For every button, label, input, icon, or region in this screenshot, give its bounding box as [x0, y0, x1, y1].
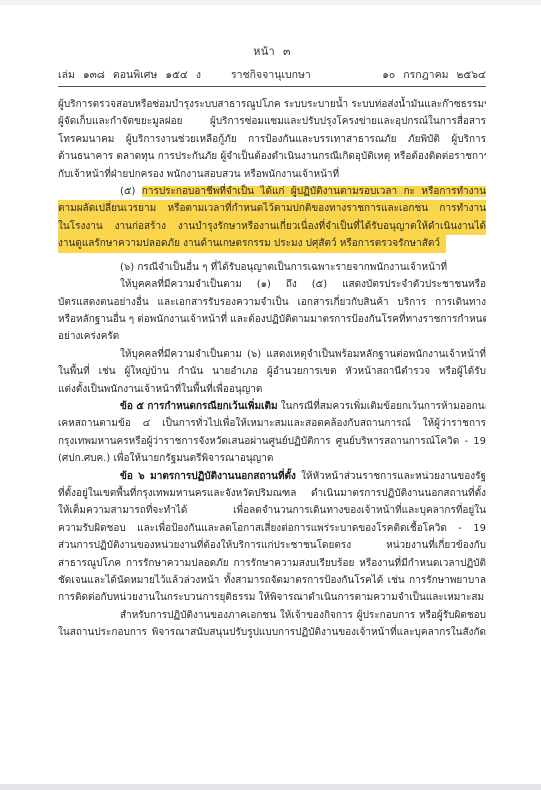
highlighted-paragraph-line: (๕) การประกอบอาชีพที่จำเป็น ได้แก่ ผู้ปฏ… [58, 183, 486, 200]
text-line: สาธารณูปโภค การรักษาความปลอดภัย การรักษา… [58, 555, 486, 572]
publication-name: ราชกิจจานุเบกษา [231, 66, 311, 83]
text-line: หรือหลักฐานอื่น ๆ ต่อพนักงานเจ้าหน้าที่ … [58, 311, 486, 328]
text-line: (ศปก.ศบค.) เพื่อให้นายกรัฐมนตรีพิจารณาอน… [58, 450, 486, 467]
text-line: การติดต่อกับหน่วยงานในกระบวนการยุติธรรม … [58, 589, 486, 606]
item-number: (๕) [120, 186, 135, 197]
header-rule [58, 86, 486, 87]
text-line: ในพื้นที่ เช่น ผู้ใหญ่บ้าน กำนัน นายอำเภ… [58, 363, 486, 380]
text-line: เคหสถานตามข้อ ๔ เป็นการทั่วไปเพื่อให้เหม… [58, 415, 486, 432]
viewer-bottom-edge [0, 784, 541, 790]
date-day: ๑๐ [382, 69, 395, 81]
clause-5-line: ข้อ ๕ การกำหนดกรณียกเว้นเพิ่มเติม ในกรณี… [58, 398, 486, 415]
page-number-value: ๓ [283, 45, 291, 58]
text-span: ในกรณีที่สมควรเพิ่มเติมข้อยกเว้นการห้ามอ… [278, 401, 486, 412]
viewer-top-edge [0, 0, 541, 5]
text-line: ความรับผิดชอบ และเพื่อป้องกันและลดโอกาสเ… [58, 520, 486, 537]
text-line: ด้านธนาคาร ตลาดทุน การประกันภัย ผู้จำเป็… [58, 148, 486, 165]
clause-6-line: ข้อ ๖ มาตรการปฏิบัติงานนอกสถานที่ตั้ง ให… [58, 468, 486, 485]
text-line: ผู้บริการตรวจสอบหรือซ่อมบำรุงระบบสาธารณู… [58, 96, 486, 113]
section-letter: ง [196, 69, 201, 81]
text-line: ให้บุคคลที่มีความจำเป็นตาม (๖) แสดงเหตุจ… [58, 346, 486, 363]
text-line: ผู้จัดเก็บและกำจัดขยะมูลฝอย ผู้บริการซ่อ… [58, 113, 486, 130]
text-line: บัตรแสดงตนอย่างอื่น และเอกสารรับรองความจ… [58, 294, 486, 311]
document-body: ผู้บริการตรวจสอบหรือซ่อมบำรุงระบบสาธารณู… [58, 96, 486, 642]
clause-6-heading: ข้อ ๖ มาตรการปฏิบัติงานนอกสถานที่ตั้ง [120, 471, 296, 482]
gazette-header: เล่ม๑๓๘ตอนพิเศษ๑๕๔ง ราชกิจจานุเบกษา ๑๐กร… [58, 66, 486, 84]
date-year: ๒๕๖๔ [457, 69, 486, 81]
date-month: กรกฎาคม [403, 69, 448, 81]
page-number: หน้า๓ [58, 42, 486, 60]
section-number: ๑๕๔ [165, 69, 188, 81]
text-line: แต่งตั้งเป็นพนักงานเจ้าหน้าที่ในพื้นที่เ… [58, 381, 486, 398]
publication-date: ๑๐กรกฎาคม๒๕๖๔ [374, 66, 486, 83]
highlighted-text-line: งานดูแลรักษาความปลอดภัย งานด้านเกษตรกรรม… [58, 235, 446, 252]
text-line: (๖) กรณีจำเป็นอื่น ๆ ที่ได้รับอนุญาตเป็น… [58, 259, 486, 276]
text-line: ชัดเจนและได้นัดหมายไว้แล้วล่วงหน้า ทั้งส… [58, 572, 486, 589]
highlighted-text-line: ในโรงงาน งานก่อสร้าง งานบำรุงรักษาหรืองา… [58, 218, 486, 235]
section-label: ตอนพิเศษ [113, 69, 157, 81]
clause-5-heading: ข้อ ๕ การกำหนดกรณียกเว้นเพิ่มเติม [120, 401, 278, 412]
text-line: อย่างเคร่งครัด [58, 328, 486, 345]
text-line: ส่วนการปฏิบัติงานของหน่วยงานที่ต้องให้บร… [58, 537, 486, 554]
text-line: กับเจ้าหน้าที่ฝ่ายปกครอง พนักงานสอบสวน ห… [58, 166, 486, 183]
text-line: ในสถานประกอบการ พิจารณาสนับสนุนปรับรูปแบ… [58, 624, 486, 641]
text-line: โทรคมนาคม ผู้บริการงานช่วยเหลือกู้ภัย กา… [58, 131, 486, 148]
volume-number: ๑๓๘ [83, 69, 105, 81]
text-line: ให้บุคคลที่มีความจำเป็นตาม (๑) ถึง (๕) แ… [58, 276, 486, 293]
text-line: ที่ตั้งอยู่ในเขตพื้นที่กรุงเทพมหานครและจ… [58, 485, 486, 502]
text-line: ให้เต็มความสามารถที่จะทำได้ เพื่อลดจำนวน… [58, 502, 486, 519]
page-label: หน้า [253, 45, 275, 58]
highlighted-text: การประกอบอาชีพที่จำเป็น ได้แก่ ผู้ปฏิบัต… [142, 186, 486, 197]
text-span: ให้หัวหน้าส่วนราชการและหน่วยงานของรัฐ [296, 471, 486, 482]
text-line: สำหรับการปฏิบัติงานของภาคเอกชน ให้เจ้าขอ… [58, 607, 486, 624]
volume-info: เล่ม๑๓๘ตอนพิเศษ๑๕๔ง [58, 66, 209, 83]
volume-label: เล่ม [58, 69, 75, 81]
text-line: กรุงเทพมหานครหรือผู้ว่าราชการจังหวัดเสนอ… [58, 433, 486, 450]
highlighted-text-line: ตามผลัดเปลี่ยนเวรยาม หรือตามเวลาที่กำหนด… [58, 200, 486, 217]
